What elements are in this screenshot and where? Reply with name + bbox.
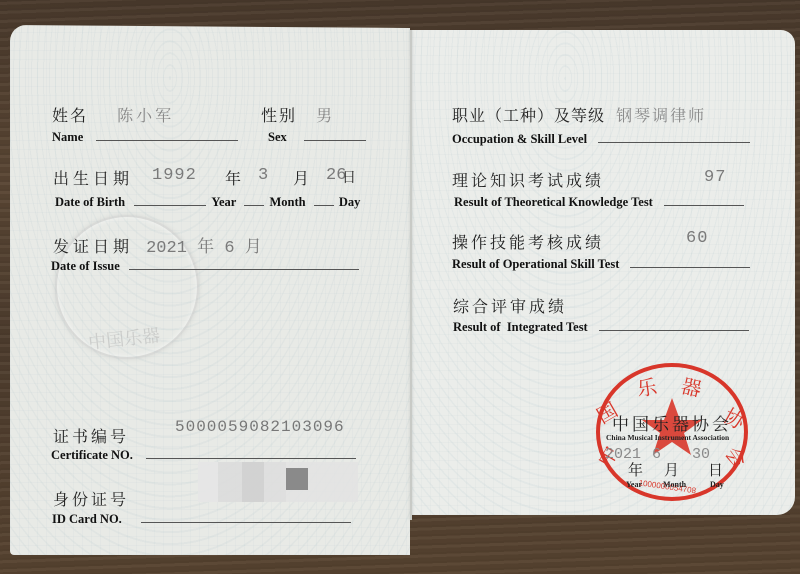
issue-en-label: Date of Issue (51, 259, 120, 273)
sex-en-label: Sex (268, 130, 287, 144)
sex-en-row: Sex (268, 126, 366, 145)
occupation-cn-label: 职业（工种）及等级 (452, 106, 605, 125)
seal-day-en: Day (710, 480, 724, 489)
birth-cn-row: 出生日期 (53, 166, 133, 189)
birth-year-en: Year (211, 195, 236, 209)
occupation-underline (598, 141, 750, 143)
id-card-cn-row: 身份证号 (53, 487, 129, 510)
seal-month-cn: 月 (664, 459, 679, 480)
birth-day-underline (314, 204, 334, 206)
operational-en-row: Result of Operational Skill Test (452, 253, 750, 272)
operational-score-value: 60 (686, 229, 708, 248)
birth-day-cn: 日 (342, 167, 358, 187)
id-card-en-row: ID Card NO. (52, 508, 351, 527)
seal-year-en: Year (626, 480, 642, 489)
birth-year-value: 1992 (152, 166, 197, 185)
theory-score-value: 97 (704, 168, 726, 187)
certificate-number-value: 5000059082103096 (175, 418, 345, 436)
birth-day-en: Day (339, 195, 361, 209)
theory-underline (664, 204, 744, 206)
theory-cn-row: 理论知识考试成绩 (452, 168, 604, 191)
sex-underline (304, 139, 366, 141)
occupation-value: 钢琴调律师 (616, 106, 706, 125)
certificate-en-label: Certificate NO. (51, 448, 133, 462)
issue-underline (129, 268, 359, 270)
name-en-row: Name (52, 126, 238, 145)
seal-day-cn: 日 (708, 459, 723, 480)
birth-en-row: Date of Birth Year Month Day (55, 191, 360, 210)
certificate-en-row: Certificate NO. (51, 444, 356, 463)
birth-cn-label: 出生日期 (53, 169, 133, 188)
theory-en-row: Result of Theoretical Knowledge Test (454, 191, 744, 210)
name-en-label: Name (52, 130, 83, 144)
svg-text:器: 器 (679, 374, 704, 402)
seal-org-en: China Musical Instrument Association (606, 433, 729, 442)
sex-field: 性别 男 (261, 103, 333, 126)
integrated-en-label: Result of Integrated Test (453, 320, 588, 334)
integrated-en-row: Result of Integrated Test (453, 316, 749, 335)
operational-underline (630, 266, 750, 268)
id-card-cn-label: 身份证号 (53, 490, 129, 509)
operational-en-label: Result of Operational Skill Test (452, 257, 619, 271)
integrated-cn-label: 综合评审成绩 (453, 297, 567, 316)
birth-month-en: Month (270, 195, 306, 209)
operational-cn-row: 操作技能考核成绩 (452, 230, 604, 253)
birth-en-label: Date of Birth (55, 195, 125, 209)
occupation-en-row: Occupation & Skill Level (452, 128, 750, 147)
booklet-spine (410, 30, 412, 520)
sex-cn-label: 性别 (261, 106, 297, 125)
certificate-underline (146, 457, 356, 459)
birth-year-cn: 年 (225, 166, 243, 189)
theory-cn-label: 理论知识考试成绩 (452, 171, 604, 190)
name-cn-label: 姓名 (52, 106, 88, 125)
operational-cn-label: 操作技能考核成绩 (452, 233, 604, 252)
name-value: 陈小军 (117, 106, 174, 125)
theory-en-label: Result of Theoretical Knowledge Test (454, 195, 653, 209)
seal-date-month: 6 (652, 446, 661, 463)
birth-month-value: 3 (258, 166, 269, 185)
sex-value: 男 (316, 106, 333, 125)
id-card-en-label: ID Card NO. (52, 512, 122, 526)
birth-month-underline (244, 204, 264, 206)
issue-cn-label: 发证日期 (53, 237, 133, 256)
integrated-underline (599, 329, 749, 331)
id-card-redacted-pixel (286, 468, 308, 490)
name-underline (96, 139, 238, 141)
id-card-redacted-value (198, 462, 358, 502)
occupation-cn-row: 职业（工种）及等级 钢琴调律师 (452, 103, 706, 126)
svg-text:乐: 乐 (635, 374, 659, 401)
id-card-underline (141, 521, 351, 523)
issue-en-row: Date of Issue (51, 255, 359, 274)
seal-year-cn: 年 (628, 459, 643, 480)
birth-year-underline (134, 204, 206, 206)
occupation-en-label: Occupation & Skill Level (452, 132, 587, 146)
birth-month-cn: 月 (293, 166, 311, 189)
integrated-cn-row: 综合评审成绩 (453, 294, 567, 317)
seal-org-cn: 中国乐器协会 (612, 410, 732, 435)
name-field: 姓名 陈小军 (52, 103, 174, 126)
seal-month-en: Month (663, 480, 686, 489)
